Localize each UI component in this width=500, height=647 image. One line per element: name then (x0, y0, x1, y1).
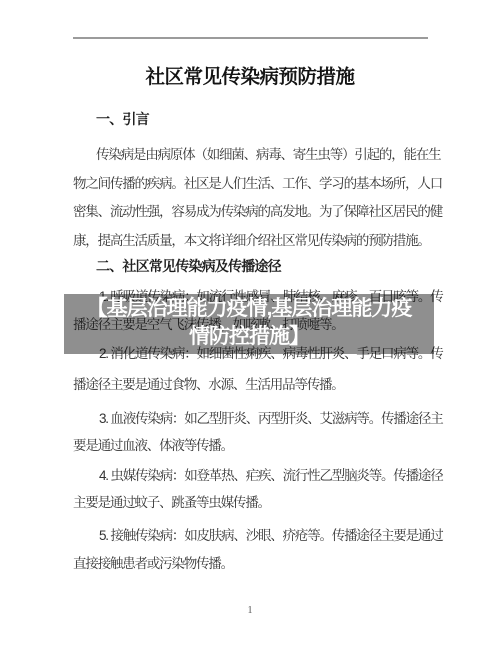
header-divider-rule (73, 37, 428, 39)
document-page: 社区常见传染病预防措施 一、引言 传染病是由病原体（如细菌、病毒、寄生虫等）引起… (0, 0, 500, 647)
list-item-5-line: 5. 接触传染病：如皮肤病、沙眼、疥疮等。传播途径主要是通过 (99, 524, 443, 544)
list-item-4-line: 4. 虫媒传染病：如登革热、疟疾、流行性乙型脑炎等。传播途径 (99, 464, 443, 484)
intro-paragraph-line: 康，提高生活质量，本文将详细介绍社区常见传染病的预防措施。 (73, 229, 430, 249)
page-number: 1 (0, 605, 500, 616)
list-item-4-line: 主要是通过蚊子、跳蚤等虫媒传播。 (73, 491, 270, 511)
section-1-heading: 一、引言 (96, 109, 149, 129)
document-title: 社区常见传染病预防措施 (0, 61, 500, 89)
list-item-5-line: 直接接触患者或污染物传播。 (73, 552, 233, 572)
watermark-text-line-2: 情防控措施】 (189, 323, 309, 352)
list-item-2-line: 播途径主要是通过食物、水源、生活用品等传播。 (73, 373, 344, 393)
section-2-heading: 二、社区常见传染病及传播途径 (96, 256, 281, 276)
list-item-3-line: 3. 血液传染病：如乙型肝炎、丙型肝炎、艾滋病等。传播途径主 (99, 407, 443, 427)
list-item-3-line: 要是通过血液、体液等传播。 (73, 434, 233, 454)
watermark-text-line-1: 【基层治理能力疫情,基层治理能力疫 (87, 295, 412, 324)
watermark-overlay-text: 【基层治理能力疫情,基层治理能力疫 情防控措施】 (54, 292, 444, 354)
intro-paragraph-line: 传染病是由病原体（如细菌、病毒、寄生虫等）引起的，能在生 (96, 143, 440, 163)
intro-paragraph-line: 密集、流动性强，容易成为传染病的高发地。为了保障社区居民的健 (73, 200, 442, 220)
intro-paragraph-line: 物之间传播的疾病。社区是人们生活、工作、学习的基本场所，人口 (73, 172, 442, 192)
